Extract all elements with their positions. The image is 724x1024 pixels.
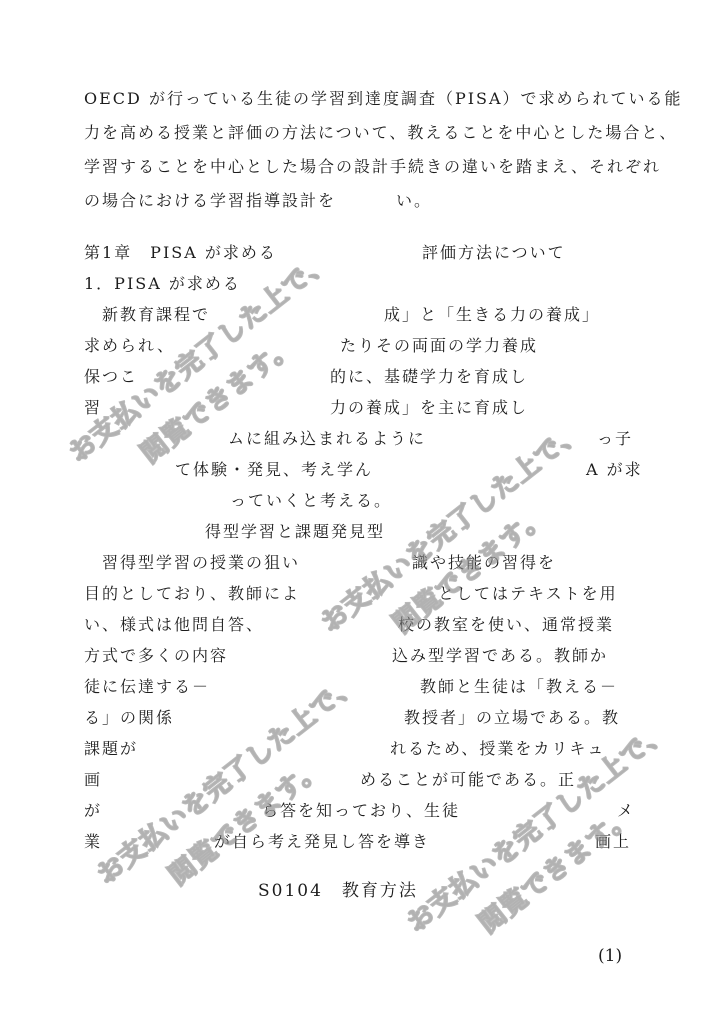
text-fragment: たりその両面の学力養成 (340, 335, 538, 357)
text-fragment: て体験・発見、考え学ん (175, 459, 373, 481)
text-fragment: 徒に伝達する－ (84, 676, 210, 698)
text-fragment: っていくと考える。 (230, 490, 392, 512)
text-line: 力を高める授業と評価の方法について、教えることを中心とした場合と、 (84, 122, 677, 144)
text-fragment: 画 (84, 769, 102, 791)
text-fragment: 新教育課程で (102, 304, 210, 326)
text-fragment: めることが可能である。正 (360, 769, 576, 791)
text-fragment: 保つこ (84, 366, 138, 388)
text-fragment: っ子 (597, 428, 633, 450)
text-fragment: が自ら考え発見し答を導き (214, 831, 430, 853)
text-fragment: 教師と生徒は「教える－ (420, 676, 618, 698)
text-fragment: 識や技能の習得を (412, 552, 556, 574)
text-fragment: 習得型学習の授業の狙い (102, 552, 300, 574)
text-fragment: 求められ、 (84, 335, 175, 357)
text-fragment: 校の教室を使い、通常授業 (398, 614, 614, 636)
document-code-label: S0104 教育方法 (258, 876, 418, 901)
text-line: OECD が行っている生徒の学習到達度調査（PISA）で求められている能 (84, 88, 683, 110)
watermark-line2: 閲覧できます。 (160, 698, 394, 892)
text-fragment: い、様式は他問自答、 (84, 614, 264, 636)
section-heading: 1．PISA が求める (84, 273, 241, 295)
text-fragment: 業 (84, 831, 102, 853)
text-fragment: 習 (84, 397, 102, 419)
text-fragment: 方式で多くの内容 (84, 645, 228, 667)
watermark-line2: 閲覧できます。 (384, 446, 618, 640)
text-fragment: い。 (396, 190, 432, 212)
text-fragment: 課題が (84, 738, 138, 760)
text-line: の場合における学習指導設計を (84, 190, 336, 212)
text-fragment: 込み型学習である。教師か (392, 645, 608, 667)
text-fragment: れるため、授業をカリキュ (390, 738, 605, 760)
text-line: 学習することを中心とした場合の設計手続きの違いを踏まえ、それぞれ (84, 156, 661, 178)
text-fragment: る」の関係 (84, 707, 174, 729)
chapter-heading-right: 評価方法について (422, 242, 566, 264)
text-fragment: としてはテキストを用 (438, 583, 618, 605)
text-fragment: 教授者」の立場である。教 (404, 707, 620, 729)
text-fragment: 目的としており、教師によ (84, 583, 300, 605)
text-fragment: 画上 (595, 831, 631, 853)
chapter-heading: 第1章 PISA が求める (84, 242, 277, 264)
text-fragment: メ (617, 800, 635, 822)
text-fragment: 得型学習と課題発見型 (205, 521, 385, 543)
text-fragment: 力の養成」を主に育成し (330, 397, 528, 419)
document-page: OECD が行っている生徒の学習到達度調査（PISA）で求められている能 力を高… (0, 0, 724, 1024)
text-fragment: 的に、基礎学力を育成し (330, 366, 528, 388)
text-fragment: ら答を知っており、生徒 (262, 800, 460, 822)
text-fragment: A が求 (586, 459, 643, 481)
text-fragment: が (84, 800, 102, 822)
page-number: (1) (598, 946, 622, 966)
text-fragment: ムに組み込まれるように (228, 428, 426, 450)
text-fragment: 成」と「生きる力の養成」 (384, 304, 600, 326)
